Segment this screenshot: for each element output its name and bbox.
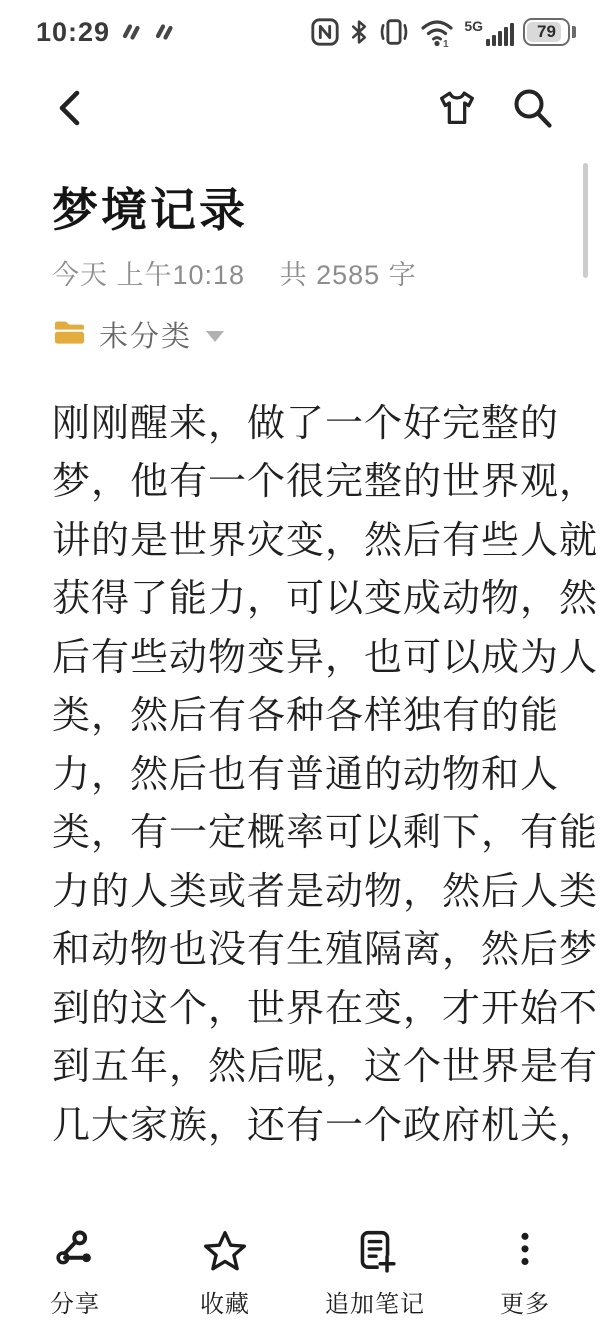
back-button[interactable] <box>52 86 86 133</box>
battery-icon: 79 <box>523 18 576 46</box>
bluetooth-icon <box>349 17 369 47</box>
share-label: 分享 <box>50 1284 100 1319</box>
chevron-down-icon <box>206 331 224 342</box>
append-note-label: 追加笔记 <box>325 1284 425 1319</box>
network-type-label: 5G <box>464 18 483 34</box>
note-body[interactable]: 刚刚醒来，做了一个好完整的 梦，他有一个很完整的世界观， 讲的是世界灾变，然后有… <box>52 395 560 1156</box>
notes-app-screen: 10:29 1 5G <box>0 0 600 1332</box>
nav-right-actions <box>434 85 554 134</box>
body-line: 类，有一定概率可以剩下，有能 <box>52 804 560 863</box>
body-line: 后有些动物变异，也可以成为人 <box>52 629 560 688</box>
append-note-button[interactable]: 追加笔记 <box>300 1228 450 1319</box>
body-line: 几大家族，还有一个政府机关， <box>52 1097 560 1156</box>
favorite-label: 收藏 <box>200 1284 250 1319</box>
body-line: 获得了能力，可以变成动物，然 <box>52 570 560 629</box>
bottom-toolbar: 分享 收藏 追加笔记 更多 <box>0 1220 600 1332</box>
category-label: 未分类 <box>99 314 192 355</box>
append-note-icon <box>352 1228 398 1277</box>
signal-bars-icon: 5G <box>464 18 514 46</box>
skin-theme-button[interactable] <box>434 85 480 134</box>
body-line: 到五年，然后呢，这个世界是有 <box>52 1038 560 1097</box>
wifi-icon: 1 <box>419 16 455 48</box>
vibrate-icon <box>378 16 410 48</box>
more-label: 更多 <box>500 1284 550 1319</box>
svg-text:1: 1 <box>443 39 449 48</box>
note-meta: 今天 上午10:18 共 2585 字 <box>52 253 560 292</box>
note-title: 梦境记录 <box>52 184 560 237</box>
body-line: 刚刚醒来，做了一个好完整的 <box>52 395 560 454</box>
nav-bar <box>0 58 600 160</box>
battery-cap <box>572 26 576 38</box>
body-line: 力，然后也有普通的动物和人 <box>52 746 560 805</box>
status-bar-right: 1 5G 79 <box>310 16 576 48</box>
body-line: 到的这个，世界在变，才开始不 <box>52 980 560 1039</box>
share-button[interactable]: 分享 <box>0 1228 150 1319</box>
back-icon <box>52 86 86 133</box>
search-button[interactable] <box>510 85 554 134</box>
battery-percent: 79 <box>537 22 556 42</box>
status-bar: 10:29 1 5G <box>0 0 600 58</box>
status-bar-left: 10:29 <box>36 17 176 48</box>
star-icon <box>202 1228 248 1277</box>
body-line: 类，然后有各种各样独有的能 <box>52 687 560 746</box>
category-selector[interactable]: 未分类 <box>52 314 560 355</box>
more-button[interactable]: 更多 <box>450 1228 600 1319</box>
tshirt-skin-icon <box>434 85 480 134</box>
scrollbar-thumb[interactable] <box>583 163 588 278</box>
search-icon <box>510 85 554 134</box>
note-date: 今天 上午10:18 <box>52 260 245 290</box>
note-word-count: 共 2585 字 <box>280 260 417 290</box>
status-time: 10:29 <box>36 17 110 48</box>
favorite-button[interactable]: 收藏 <box>150 1228 300 1319</box>
folder-icon <box>52 317 87 352</box>
body-line: 力的人类或者是动物，然后人类 <box>52 863 560 922</box>
note-view: 梦境记录 今天 上午10:18 共 2585 字 未分类 刚刚醒来，做了一个好完… <box>0 184 600 1155</box>
body-line: 讲的是世界灾变，然后有些人就 <box>52 512 560 571</box>
more-dots-icon <box>502 1228 548 1277</box>
nfc-icon <box>310 17 340 47</box>
share-icon <box>52 1228 98 1277</box>
dual-channel-icon <box>119 20 143 44</box>
body-line: 和动物也没有生殖隔离，然后梦 <box>52 921 560 980</box>
body-line: 梦，他有一个很完整的世界观， <box>52 453 560 512</box>
dual-channel-icon <box>152 20 176 44</box>
